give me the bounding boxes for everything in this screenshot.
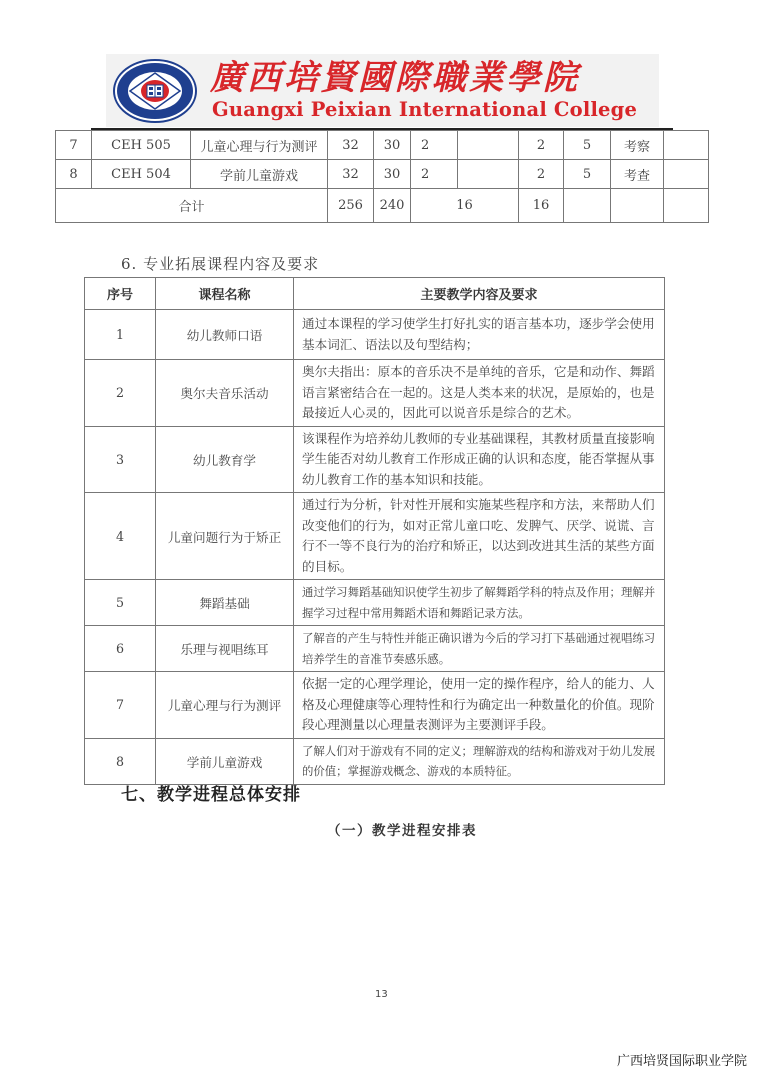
cell-name: 学前儿童游戏	[191, 160, 328, 189]
cell-name: 奥尔夫音乐活动	[156, 360, 294, 427]
cell-no: 4	[85, 493, 156, 580]
cell-content: 依据一定的心理学理论，使用一定的操作程序，给人的能力、人格及心理健康等心理特性和…	[294, 672, 665, 739]
cell-no: 1	[85, 310, 156, 360]
cell-assessment: 考察	[611, 131, 664, 160]
cell-value	[458, 131, 519, 160]
page-number: 13	[375, 989, 388, 1000]
table-row: 4 儿童问题行为于矫正 通过行为分析，针对性开展和实施某些程序和方法，来帮助人们…	[85, 493, 665, 580]
section-6-heading: 6. 专业拓展课程内容及要求	[121, 253, 319, 274]
cell-value: 5	[564, 160, 611, 189]
cell-no: 7	[56, 131, 92, 160]
cell-no: 2	[85, 360, 156, 427]
cell-no: 8	[56, 160, 92, 189]
cell-content: 通过本课程的学习使学生打好扎实的语言基本功，逐步学会使用基本词汇、语法以及句型结…	[294, 310, 665, 360]
total-value	[664, 189, 709, 223]
cell-name: 儿童心理与行为测评	[191, 131, 328, 160]
cell-value: 2	[519, 160, 564, 189]
table-row: 6 乐理与视唱练耳 了解音的产生与特性并能正确识谱为今后的学习打下基础通过视唱练…	[85, 626, 665, 672]
cell-assessment: 考查	[611, 160, 664, 189]
cell-no: 6	[85, 626, 156, 672]
header-no: 序号	[85, 278, 156, 310]
table-row: 7 CEH 505 儿童心理与行为测评 32 30 2 2 5 考察	[56, 131, 709, 160]
table-row: 1 幼儿教师口语 通过本课程的学习使学生打好扎实的语言基本功，逐步学会使用基本词…	[85, 310, 665, 360]
total-row: 合计 256 240 16 16	[56, 189, 709, 223]
cell-content: 了解人们对于游戏有不同的定义；理解游戏的结构和游戏对于幼儿发展的价值；掌握游戏概…	[294, 738, 665, 784]
college-name-en: Guangxi Peixian International College	[212, 98, 637, 122]
table-row: 2 奥尔夫音乐活动 奥尔夫指出：原本的音乐决不是单纯的音乐，它是和动作、舞蹈语言…	[85, 360, 665, 427]
cell-content: 通过学习舞蹈基础知识使学生初步了解舞蹈学科的特点及作用；理解并握学习过程中常用舞…	[294, 580, 665, 626]
section-7-heading: 七、教学进程总体安排	[121, 780, 301, 805]
cell-value: 30	[374, 131, 411, 160]
cell-name: 舞蹈基础	[156, 580, 294, 626]
cell-value: 2	[411, 131, 458, 160]
cell-code: CEH 504	[92, 160, 191, 189]
table-row: 8 学前儿童游戏 了解人们对于游戏有不同的定义；理解游戏的结构和游戏对于幼儿发展…	[85, 738, 665, 784]
course-hours-table: 7 CEH 505 儿童心理与行为测评 32 30 2 2 5 考察 8 CEH…	[55, 130, 709, 223]
cell-value: 32	[328, 160, 374, 189]
cell-value: 32	[328, 131, 374, 160]
cell-value	[664, 160, 709, 189]
cell-value: 5	[564, 131, 611, 160]
footer-college-name: 广西培贤国际职业学院	[617, 1050, 747, 1069]
cell-name: 幼儿教育学	[156, 426, 294, 493]
cell-code: CEH 505	[92, 131, 191, 160]
cell-no: 5	[85, 580, 156, 626]
cell-value: 2	[411, 160, 458, 189]
college-name-cn: 廣西培賢國際職業學院	[210, 58, 580, 98]
cell-value: 30	[374, 160, 411, 189]
total-value: 256	[328, 189, 374, 223]
cell-name: 儿童问题行为于矫正	[156, 493, 294, 580]
table-row: 7 儿童心理与行为测评 依据一定的心理学理论，使用一定的操作程序，给人的能力、人…	[85, 672, 665, 739]
table-row: 5 舞蹈基础 通过学习舞蹈基础知识使学生初步了解舞蹈学科的特点及作用；理解并握学…	[85, 580, 665, 626]
cell-value	[458, 160, 519, 189]
cell-value: 2	[519, 131, 564, 160]
cell-name: 幼儿教师口语	[156, 310, 294, 360]
header-content: 主要教学内容及要求	[294, 278, 665, 310]
extension-courses-table: 序号 课程名称 主要教学内容及要求 1 幼儿教师口语 通过本课程的学习使学生打好…	[84, 277, 665, 785]
cell-no: 3	[85, 426, 156, 493]
cell-name: 儿童心理与行为测评	[156, 672, 294, 739]
cell-content: 了解音的产生与特性并能正确识谱为今后的学习打下基础通过视唱练习培养学生的音准节奏…	[294, 626, 665, 672]
header-name: 课程名称	[156, 278, 294, 310]
total-value	[611, 189, 664, 223]
total-value: 16	[411, 189, 519, 223]
table-row: 8 CEH 504 学前儿童游戏 32 30 2 2 5 考查	[56, 160, 709, 189]
cell-content: 通过行为分析，针对性开展和实施某些程序和方法，来帮助人们改变他们的行为，如对正常…	[294, 493, 665, 580]
cell-no: 8	[85, 738, 156, 784]
total-value: 240	[374, 189, 411, 223]
cell-name: 乐理与视唱练耳	[156, 626, 294, 672]
cell-name: 学前儿童游戏	[156, 738, 294, 784]
total-label: 合计	[56, 189, 328, 223]
college-logo-icon	[112, 58, 198, 124]
cell-content: 奥尔夫指出：原本的音乐决不是单纯的音乐，它是和动作、舞蹈语言紧密结合在一起的。这…	[294, 360, 665, 427]
section-7-subheading: （一）教学进程安排表	[327, 819, 477, 839]
cell-no: 7	[85, 672, 156, 739]
table-header-row: 序号 课程名称 主要教学内容及要求	[85, 278, 665, 310]
table-row: 3 幼儿教育学 该课程作为培养幼儿教师的专业基础课程，其教材质量直接影响学生能否…	[85, 426, 665, 493]
cell-value	[664, 131, 709, 160]
cell-content: 该课程作为培养幼儿教师的专业基础课程，其教材质量直接影响学生能否对幼儿教育工作形…	[294, 426, 665, 493]
total-value: 16	[519, 189, 564, 223]
total-value	[564, 189, 611, 223]
